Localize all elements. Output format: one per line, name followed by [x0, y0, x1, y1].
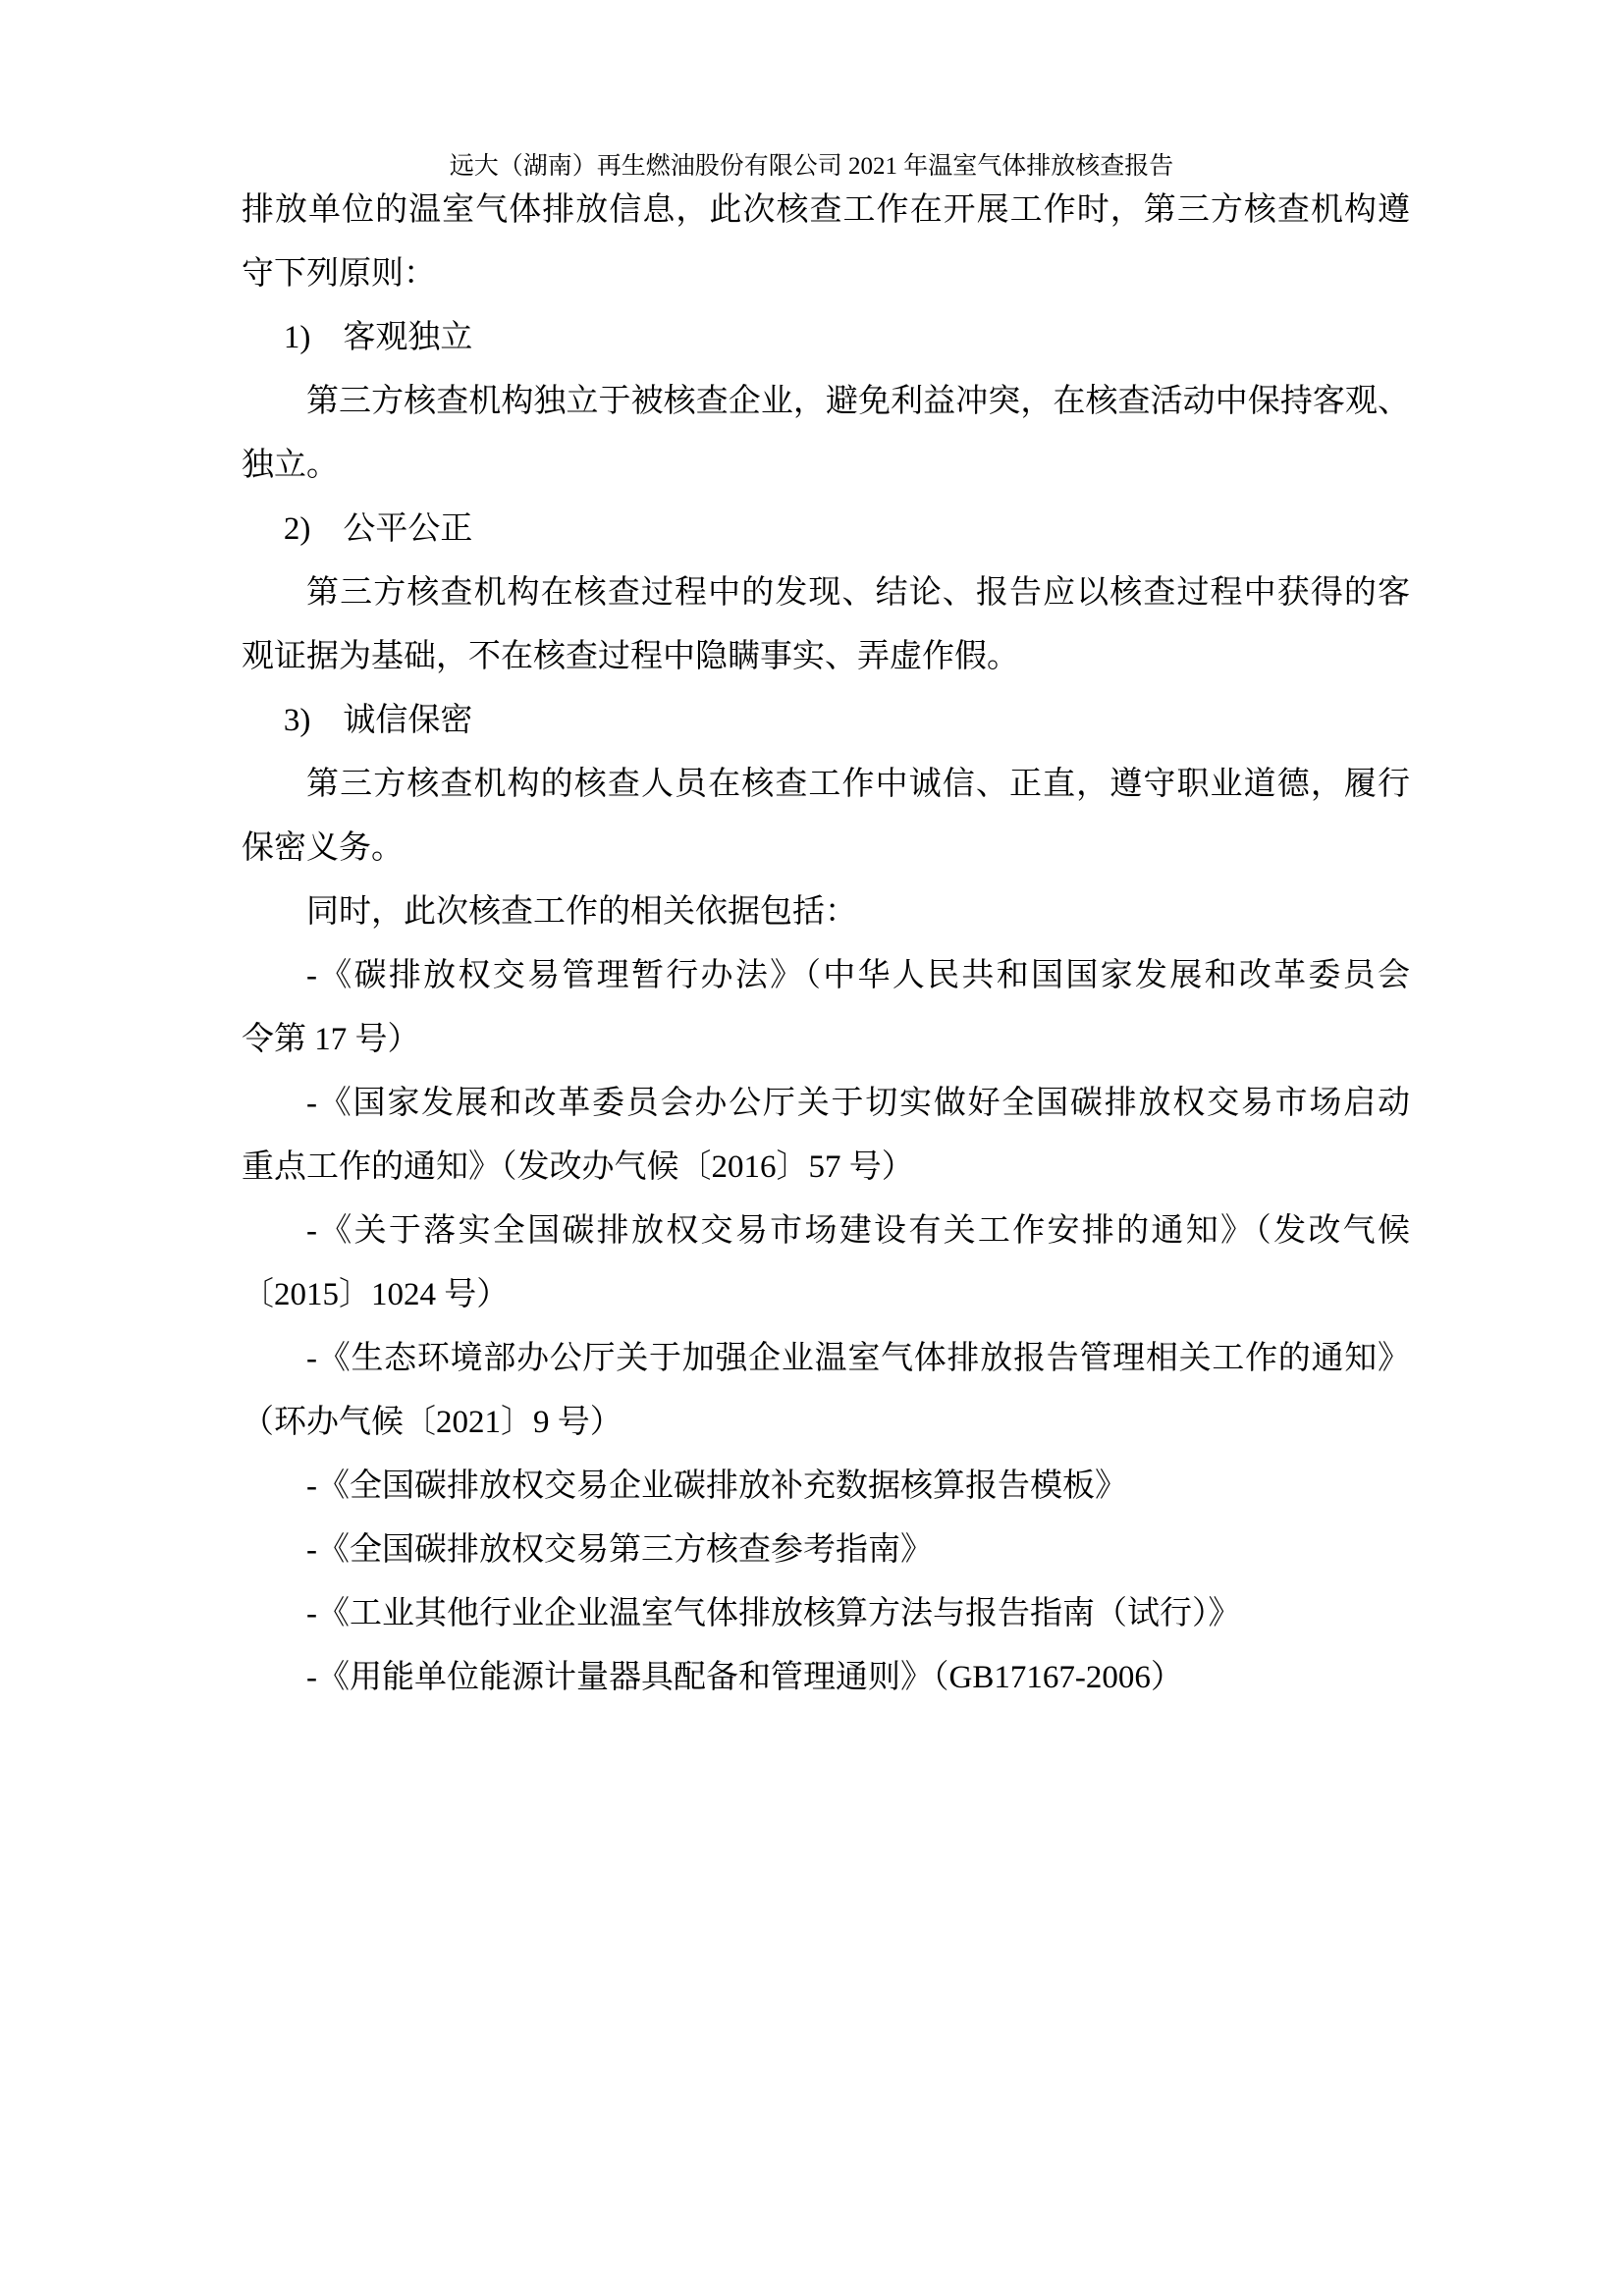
document-body: 排放单位的温室气体排放信息，此次核查工作在开展工作时，第三方核查机构遵 守下列原… [242, 179, 1410, 1710]
body-line: 观证据为基础，不在核查过程中隐瞒事实、弄虚作假。 [242, 625, 1410, 689]
reference-line: -《关于落实全国碳排放权交易市场建设有关工作安排的通知》（发改气候 [242, 1200, 1410, 1263]
list-item-2-heading: 2) 公平公正 [242, 498, 1410, 561]
body-line: 第三方核查机构的核查人员在核查工作中诚信、正直，遵守职业道德，履行 [242, 753, 1410, 817]
reference-line: -《用能单位能源计量器具配备和管理通则》（GB17167-2006） [242, 1646, 1410, 1710]
list-item-3-heading: 3) 诚信保密 [242, 689, 1410, 753]
body-line: 守下列原则： [242, 242, 1410, 306]
document-page: 远大（湖南）再生燃油股份有限公司 2021 年温室气体排放核查报告 排放单位的温… [0, 0, 1623, 2296]
reference-line: -《生态环境部办公厅关于加强企业温室气体排放报告管理相关工作的通知》 [242, 1327, 1410, 1391]
reference-line: -《碳排放权交易管理暂行办法》（中华人民共和国国家发展和改革委员会 [242, 944, 1410, 1008]
reference-line: 〔2015〕1024 号） [242, 1263, 1410, 1327]
reference-line: -《国家发展和改革委员会办公厅关于切实做好全国碳排放权交易市场启动 [242, 1072, 1410, 1136]
reference-line: -《工业其他行业企业温室气体排放核算方法与报告指南（试行）》 [242, 1582, 1410, 1646]
body-line: 第三方核查机构在核查过程中的发现、结论、报告应以核查过程中获得的客 [242, 561, 1410, 625]
body-line: 排放单位的温室气体排放信息，此次核查工作在开展工作时，第三方核查机构遵 [242, 179, 1410, 242]
reference-line: -《全国碳排放权交易企业碳排放补充数据核算报告模板》 [242, 1455, 1410, 1519]
reference-line: -《全国碳排放权交易第三方核查参考指南》 [242, 1519, 1410, 1582]
body-line: 独立。 [242, 434, 1410, 498]
body-line: 保密义务。 [242, 817, 1410, 881]
reference-line: 重点工作的通知》（发改办气候〔2016〕57 号） [242, 1136, 1410, 1200]
reference-line: （环办气候〔2021〕9 号） [242, 1391, 1410, 1455]
list-item-1-heading: 1) 客观独立 [242, 306, 1410, 370]
body-line: 第三方核查机构独立于被核查企业，避免利益冲突，在核查活动中保持客观、 [242, 370, 1410, 434]
body-line: 同时，此次核查工作的相关依据包括： [242, 881, 1410, 944]
reference-line: 令第 17 号） [242, 1008, 1410, 1072]
